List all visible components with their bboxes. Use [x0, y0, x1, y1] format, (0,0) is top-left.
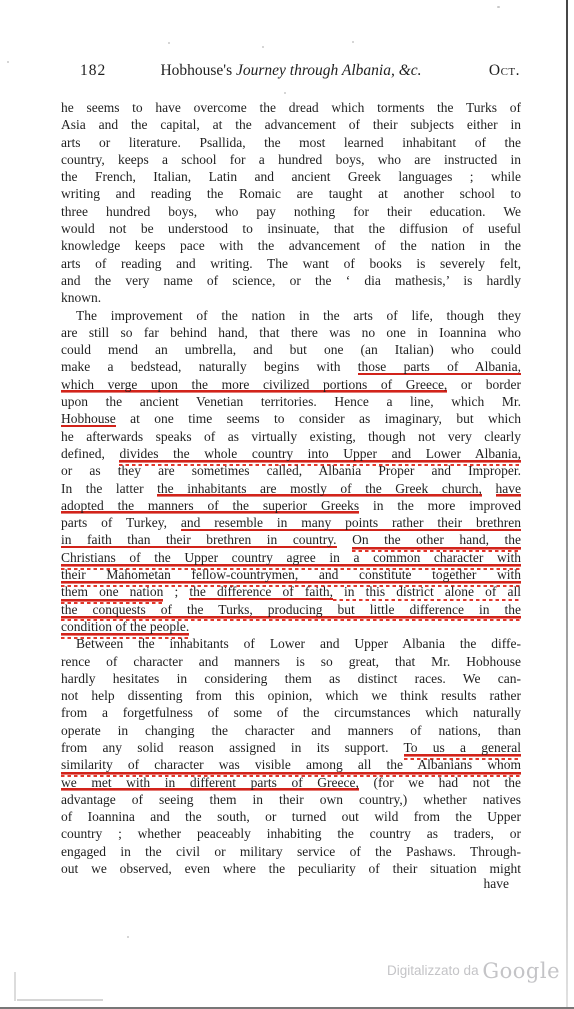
- scan-artifact-horizontal: [17, 999, 103, 1001]
- scanned-book-page: 182 Hobhouse's Journey through Albania, …: [0, 0, 574, 1009]
- red-underlined-text: have: [496, 481, 521, 497]
- red-underlined-text: and resemble in many points rather their…: [181, 515, 521, 531]
- text-segment: could mend an umbrella, and but one (an …: [61, 342, 521, 357]
- text-line: The improvement of the nation in the art…: [61, 307, 521, 324]
- text-line: arts or literature. Psallida, the most l…: [61, 134, 521, 151]
- text-line: rence of character and manners is so gre…: [61, 653, 521, 670]
- text-line: Asia and the capital, at the advancement…: [61, 116, 521, 133]
- text-segment: knowledge keeps pace with the advancemen…: [61, 238, 521, 253]
- scan-speck: [168, 42, 170, 44]
- scan-artifact-vertical: [14, 972, 16, 1001]
- text-line: out we observed, even where the peculiar…: [61, 860, 521, 877]
- text-segment: he afterwards speaks of as virtually exi…: [61, 429, 521, 444]
- text-line: arts of reading and writing. The want of…: [61, 255, 521, 272]
- red-underlined-text: Hobhouse: [61, 411, 116, 427]
- scan-speck: [352, 41, 354, 43]
- red-underlined-text: the inhabitants are mostly of the Greek …: [157, 481, 482, 497]
- red-underlined-text: we met with in different parts of Greece…: [61, 775, 359, 791]
- text-line: of Ioannina and the south, or turned out…: [61, 808, 521, 825]
- text-line: in faith than their brethren in country.…: [61, 531, 521, 548]
- text-line: which verge upon the more civilized port…: [61, 376, 521, 393]
- text-segment: or as they are sometimes called, Albania…: [61, 463, 521, 478]
- text-line: them one nation ; the difference of fait…: [61, 583, 521, 600]
- text-line: knowledge keeps pace with the advancemen…: [61, 237, 521, 254]
- text-line: upon the ancient Venetian territories. H…: [61, 393, 521, 410]
- text-line: from any solid reason assigned in its su…: [61, 739, 521, 756]
- red-underlined-text: those parts of Albania,: [358, 359, 521, 375]
- text-segment: from any solid reason assigned in its su…: [61, 740, 404, 755]
- text-line: defined, divides the whole country into …: [61, 445, 521, 462]
- text-segment: the French, Italian, Latin and ancient G…: [61, 169, 521, 184]
- text-segment: [482, 481, 496, 496]
- scan-speck: [284, 92, 286, 94]
- running-head: 182 Hobhouse's Journey through Albania, …: [61, 61, 521, 81]
- text-segment: make a bedstead, naturally begins with: [61, 359, 358, 374]
- red-underlined-text: in faith than their brethren in country.: [61, 532, 337, 548]
- google-logo: Google: [482, 959, 560, 983]
- red-underlined-text: which verge upon the more civilized port…: [61, 377, 447, 393]
- text-segment: hardly hesitates in considering them as …: [61, 671, 521, 686]
- scan-edge-right: [566, 0, 568, 1009]
- watermark-text: Digitalizzato da: [387, 963, 482, 978]
- running-title-author: Hobhouse's: [160, 62, 232, 79]
- text-segment: known.: [61, 290, 101, 305]
- text-segment: writing and reading the Romaic are taugh…: [61, 186, 521, 201]
- text-line: Christians of the Upper country agree in…: [61, 549, 521, 566]
- text-line: engaged in the civil or military service…: [61, 843, 521, 860]
- text-line: would not be understood to insinuate, th…: [61, 220, 521, 237]
- text-segment: and the very name of science, or the ‘ d…: [61, 273, 521, 288]
- text-segment: out we observed, even where the peculiar…: [61, 861, 521, 876]
- text-line: make a bedstead, naturally begins with t…: [61, 358, 521, 375]
- text-line: writing and reading the Romaic are taugh…: [61, 185, 521, 202]
- red-underlined-text: adopted the manners of the superior Gree…: [61, 498, 359, 514]
- text-line: three hundred boys, who pay nothing for …: [61, 203, 521, 220]
- scan-speck: [127, 936, 129, 938]
- text-segment: from a forgetfulness of some of the circ…: [61, 705, 521, 720]
- text-segment: defined,: [61, 446, 119, 461]
- text-line: the French, Italian, Latin and ancient G…: [61, 168, 521, 185]
- text-segment: three hundred boys, who pay nothing for …: [61, 204, 521, 219]
- text-segment: or border: [447, 377, 521, 392]
- text-segment: are still so far behind hand, that there…: [61, 325, 521, 340]
- text-line: operate in changing the character and ma…: [61, 722, 521, 739]
- text-segment: parts of Turkey,: [61, 515, 181, 530]
- text-segment: Asia and the capital, at the advancement…: [61, 117, 521, 132]
- text-segment: would not be understood to insinuate, th…: [61, 221, 521, 236]
- text-line: advantage of seeing them in their own co…: [61, 791, 521, 808]
- running-date: Oct.: [489, 61, 520, 81]
- text-segment: (for we had not the: [359, 775, 521, 790]
- text-segment: engaged in the civil or military service…: [61, 844, 521, 859]
- text-segment: In the latter: [61, 481, 157, 496]
- catchword: have: [61, 876, 509, 892]
- text-line: In the latter the inhabitants are mostly…: [61, 480, 521, 497]
- body-text: he seems to have overcome the dread whic…: [61, 99, 521, 877]
- text-segment: ;: [163, 584, 189, 599]
- text-line: not help dissenting from this opinion, w…: [61, 687, 521, 704]
- text-segment: arts or literature. Psallida, the most l…: [61, 135, 521, 150]
- text-line: the conquests of the Turks, producing bu…: [61, 601, 521, 618]
- google-watermark: Digitalizzato da Google: [387, 959, 560, 983]
- scan-speck: [7, 61, 9, 63]
- text-line: he seems to have overcome the dread whic…: [61, 99, 521, 116]
- text-line: are still so far behind hand, that there…: [61, 324, 521, 341]
- text-segment: he seems to have overcome the dread whic…: [61, 100, 521, 115]
- text-segment: The improvement of the nation in the art…: [76, 308, 521, 323]
- text-line: from a forgetfulness of some of the circ…: [61, 704, 521, 721]
- text-line: and the very name of science, or the ‘ d…: [61, 272, 521, 289]
- text-line: adopted the manners of the superior Gree…: [61, 497, 521, 514]
- text-line: we met with in different parts of Greece…: [61, 774, 521, 791]
- text-segment: [337, 532, 353, 547]
- text-line: country, keeps a school for a hundred bo…: [61, 151, 521, 168]
- text-line: country ; whether peaceably inhabiting t…: [61, 825, 521, 842]
- running-title: Hobhouse's Journey through Albania, &c.: [61, 61, 521, 81]
- text-line: hardly hesitates in considering them as …: [61, 670, 521, 687]
- text-line: their Mahometan fellow-countrymen, and c…: [61, 566, 521, 583]
- text-segment: upon the ancient Venetian territories. H…: [61, 394, 521, 409]
- text-segment: operate in changing the character and ma…: [61, 723, 521, 738]
- red-underlined-text: in this district alone of all: [333, 584, 521, 601]
- text-segment: in the more improved: [359, 498, 521, 513]
- text-line: Hobhouse at one time seems to consider a…: [61, 410, 521, 427]
- text-line: or as they are sometimes called, Albania…: [61, 462, 521, 479]
- red-underlined-text: the difference of faith,: [189, 584, 333, 600]
- text-segment: arts of reading and writing. The want of…: [61, 256, 521, 271]
- text-segment: not help dissenting from this opinion, w…: [61, 688, 521, 703]
- text-line: he afterwards speaks of as virtually exi…: [61, 428, 521, 445]
- text-line: known.: [61, 289, 521, 306]
- scan-speck: [262, 46, 264, 48]
- text-segment: advantage of seeing them in their own co…: [61, 792, 521, 807]
- text-line: parts of Turkey, and resemble in many po…: [61, 514, 521, 531]
- text-segment: of Ioannina and the south, or turned out…: [61, 809, 521, 824]
- text-segment: at one time seems to consider as imagina…: [116, 411, 521, 426]
- text-line: similarity of character was visible amon…: [61, 756, 521, 773]
- text-line: could mend an umbrella, and but one (an …: [61, 341, 521, 358]
- text-segment: country ; whether peaceably inhabiting t…: [61, 826, 521, 841]
- text-line: Between the inhabitants of Lower and Upp…: [61, 635, 521, 652]
- text-segment: Between the inhabitants of Lower and Upp…: [76, 636, 521, 651]
- running-title-work: Journey through Albania, &c.: [232, 62, 421, 79]
- scan-speck: [497, 6, 500, 8]
- text-segment: rence of character and manners is so gre…: [61, 654, 521, 669]
- text-segment: country, keeps a school for a hundred bo…: [61, 152, 521, 167]
